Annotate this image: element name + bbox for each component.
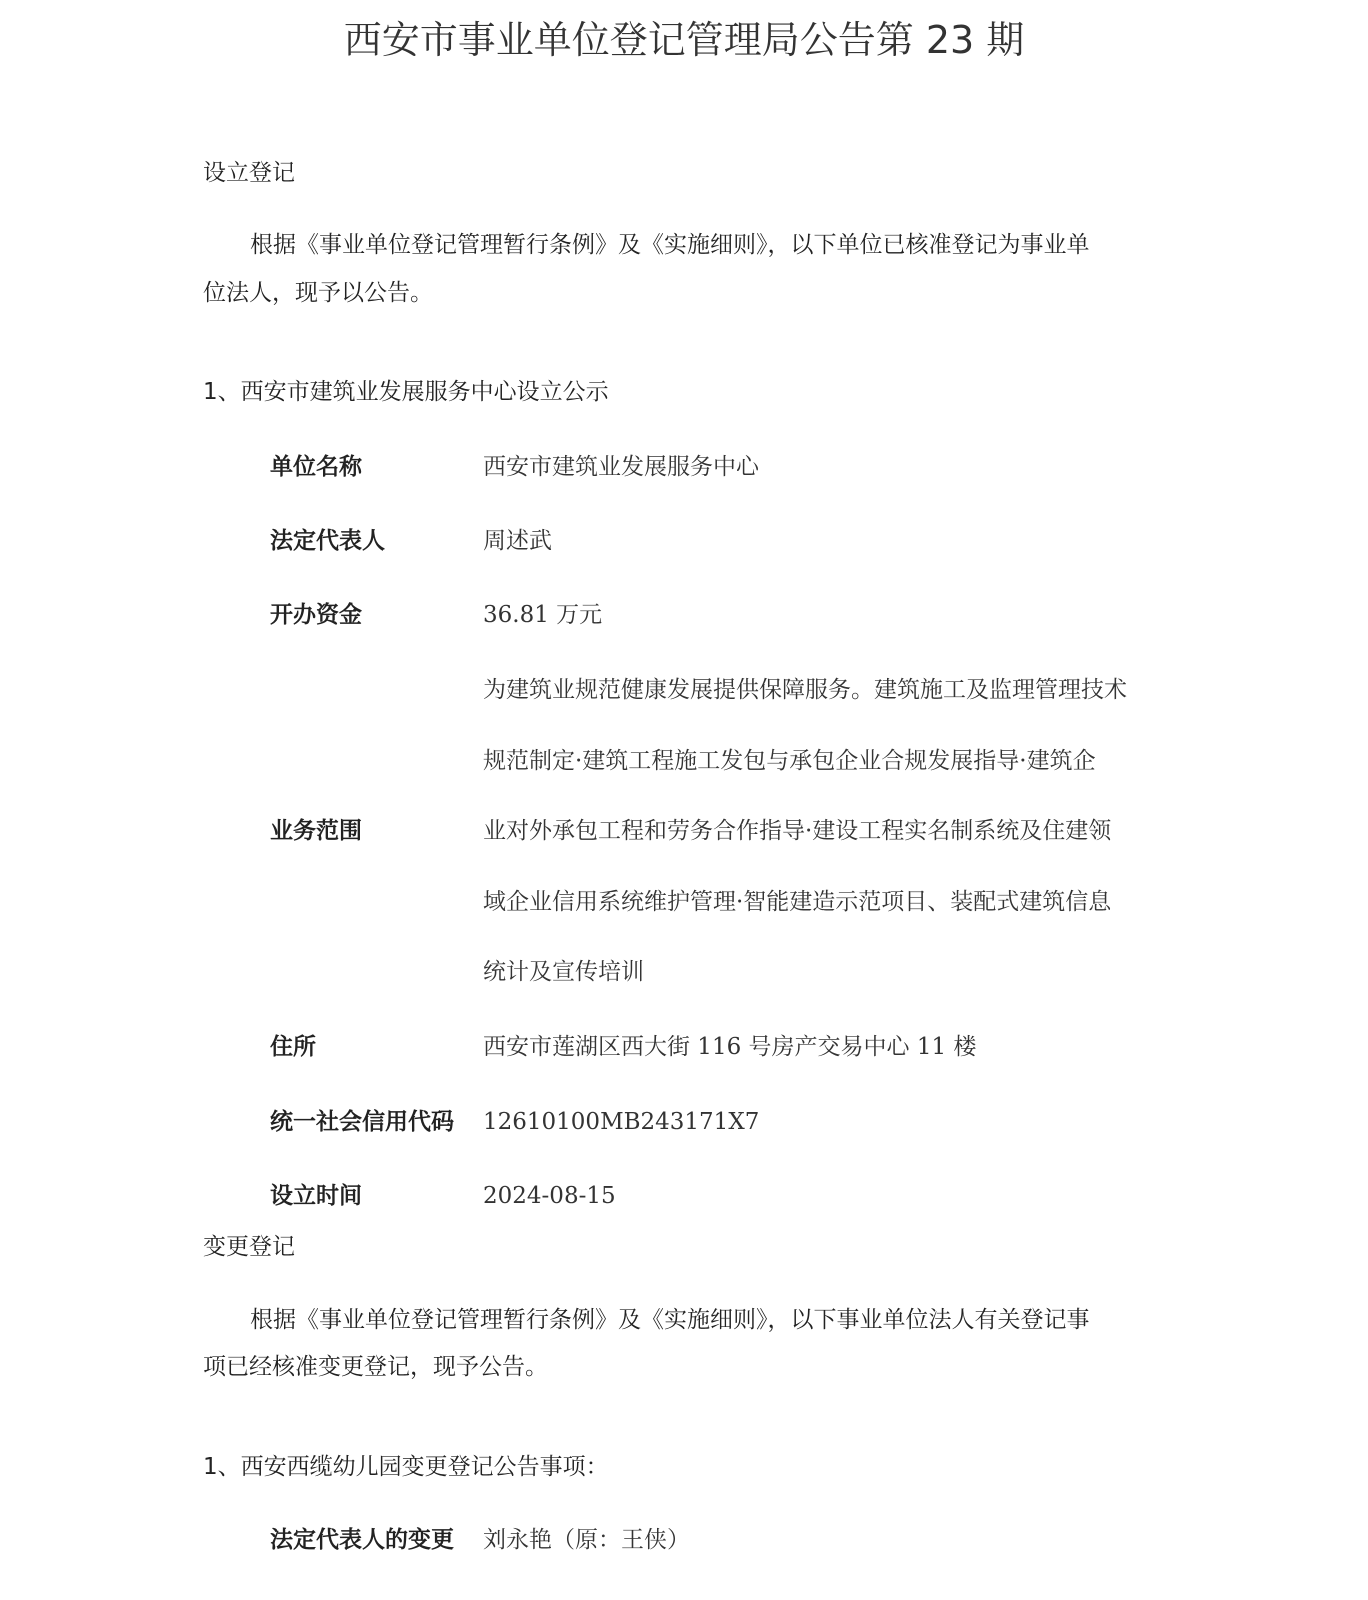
change-intro-line2: 项已经核准变更登记，现予公告。: [203, 1352, 548, 1382]
document-title: 西安市事业单位登记管理局公告第 23 期: [0, 14, 1368, 66]
field-value-scope-line-1: 为建筑业规范健康发展提供保障服务。建筑施工及监理管理技术: [483, 675, 1127, 705]
field-label-capital: 开办资金: [270, 600, 362, 630]
establishment-intro-line1: 根据《事业单位登记管理暂行条例》及《实施细则》，以下单位已核准登记为事业单: [250, 230, 1090, 260]
field-value-scope-line-2: 规范制定·建筑工程施工发包与承包企业合规发展指导·建筑企: [483, 746, 1096, 776]
field-label-address: 住所: [270, 1032, 316, 1062]
change-intro-line1: 根据《事业单位登记管理暂行条例》及《实施细则》，以下事业单位法人有关登记事: [250, 1305, 1090, 1335]
field-value-legal-rep: 周述武: [483, 526, 552, 556]
field-value-unit-name: 西安市建筑业发展服务中心: [483, 452, 759, 482]
field-value-scope-line-5: 统计及宣传培训: [483, 957, 644, 987]
field-label-unit-name: 单位名称: [270, 452, 362, 482]
field-label-established: 设立时间: [270, 1181, 362, 1211]
field-value-scope-line-3: 业对外承包工程和劳务合作指导·建设工程实名制系统及住建领: [483, 816, 1111, 846]
field-label-legal-rep: 法定代表人: [270, 526, 385, 556]
establishment-intro-line2: 位法人，现予以公告。: [203, 278, 433, 308]
field-value-credit-code: 12610100MB243171X7: [483, 1107, 759, 1137]
field-value-scope-line-4: 域企业信用系统维护管理·智能建造示范项目、装配式建筑信息: [483, 887, 1111, 917]
field-value-address: 西安市莲湖区西大街 116 号房产交易中心 11 楼: [483, 1032, 976, 1062]
establishment-item-title: 1、西安市建筑业发展服务中心设立公示: [203, 377, 609, 407]
change-item-title: 1、西安西缆幼儿园变更登记公告事项：: [203, 1452, 609, 1482]
field-value-legal-rep-change: 刘永艳（原：王侠）: [483, 1525, 690, 1555]
section-heading-change: 变更登记: [203, 1232, 295, 1262]
field-value-established: 2024-08-15: [483, 1181, 616, 1211]
field-value-capital: 36.81 万元: [483, 600, 602, 630]
field-label-credit-code: 统一社会信用代码: [270, 1107, 454, 1137]
field-label-scope: 业务范围: [270, 816, 362, 846]
field-label-legal-rep-change: 法定代表人的变更: [270, 1525, 454, 1555]
section-heading-establishment: 设立登记: [203, 158, 295, 188]
